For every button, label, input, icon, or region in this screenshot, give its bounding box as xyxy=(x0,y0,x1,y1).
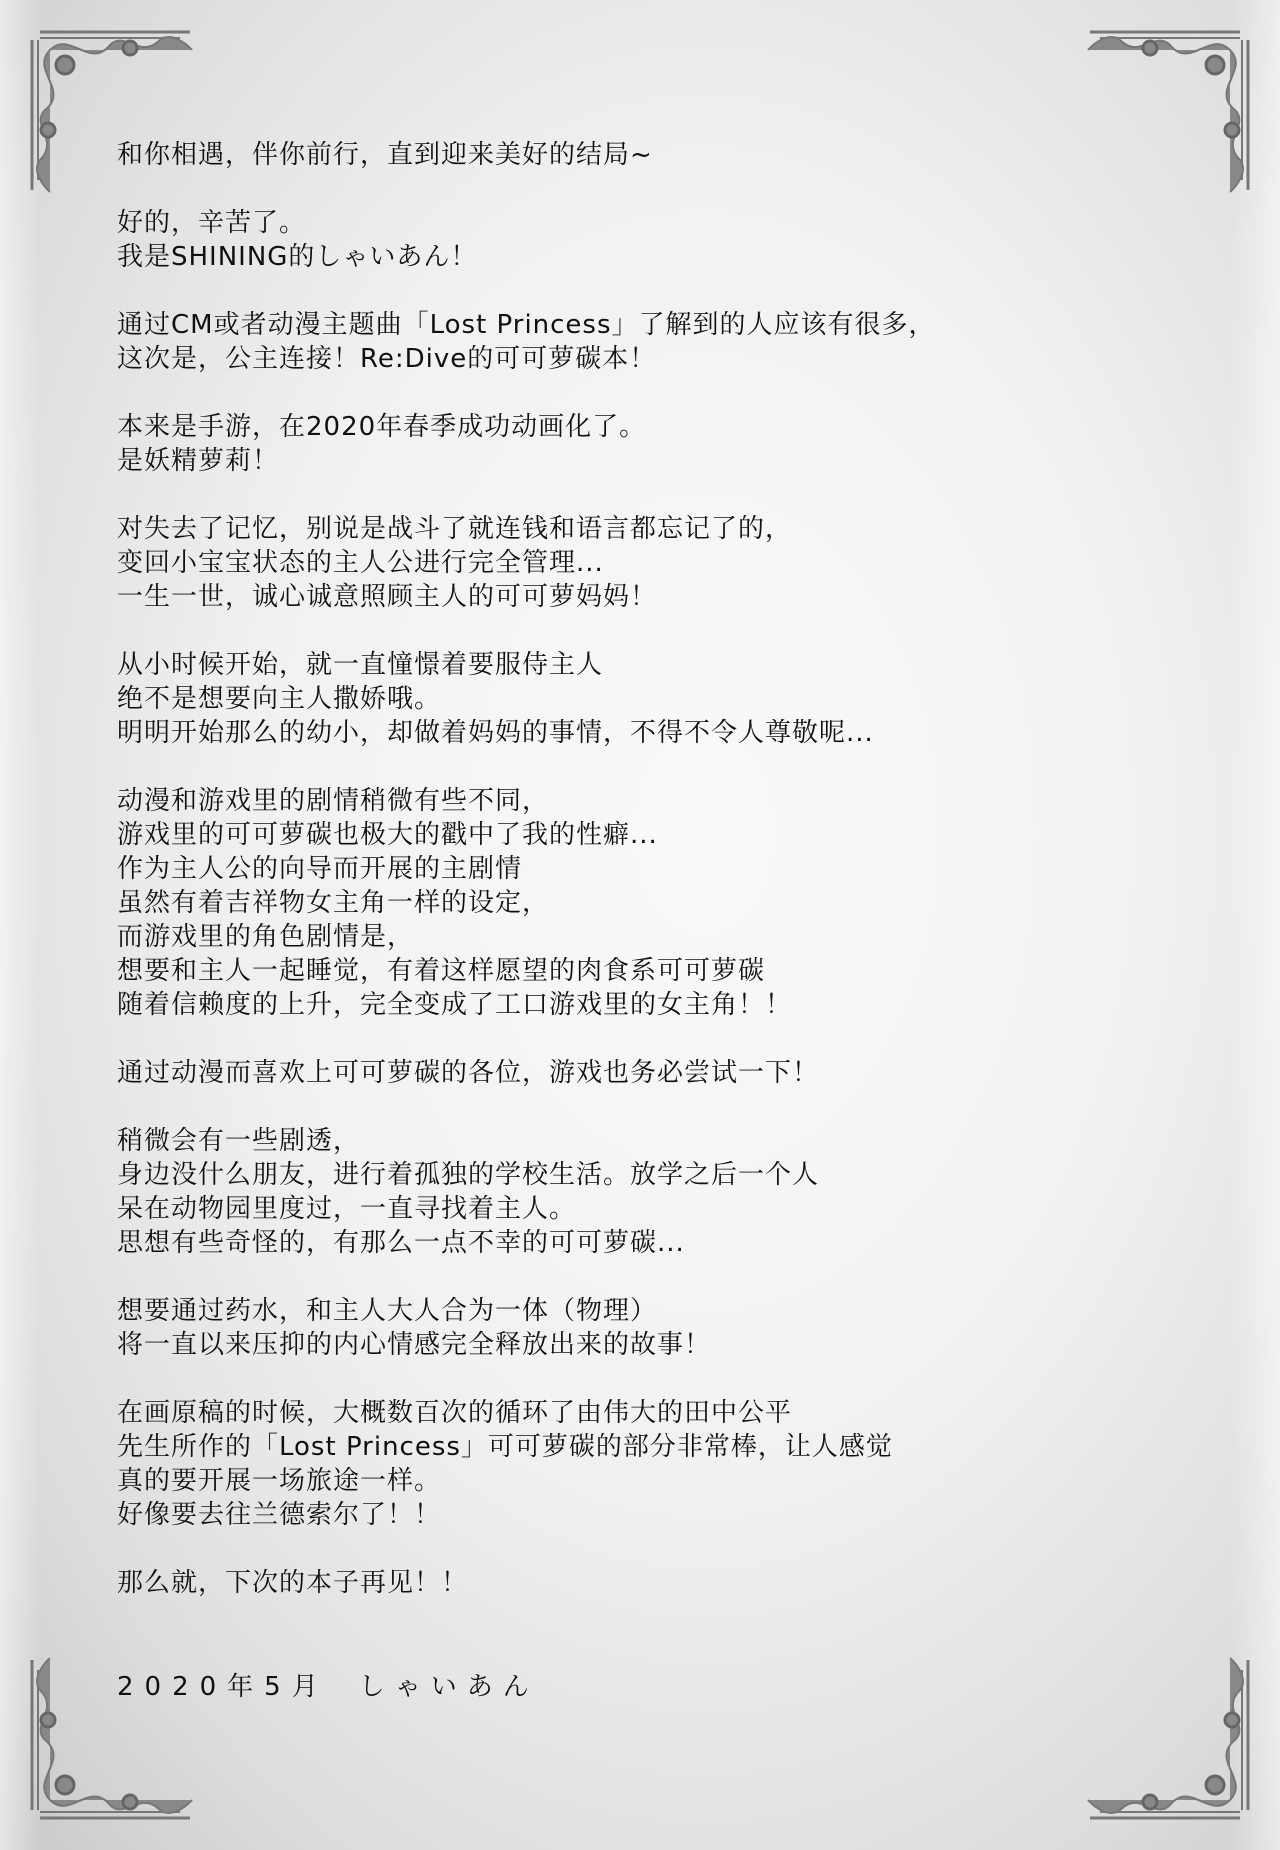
text-line: 随着信赖度的上升，完全变成了工口游戏里的女主角！！ xyxy=(117,988,1117,1022)
text-line: 和你相遇，伴你前行，直到迎来美好的结局~ xyxy=(117,138,1117,172)
corner-ornament-bottom-right-icon xyxy=(1080,1650,1260,1830)
grunge-texture-left xyxy=(0,0,40,1850)
paragraph-greeting: 和你相遇，伴你前行，直到迎来美好的结局~ xyxy=(117,138,1117,172)
text-line: 将一直以来压抑的内心情感完全释放出来的故事！ xyxy=(117,1328,1117,1362)
text-line: 绝不是想要向主人撒娇哦。 xyxy=(117,682,1117,716)
text-line: 在画原稿的时候，大概数百次的循环了由伟大的田中公平 xyxy=(117,1396,1117,1430)
text-line: 呆在动物园里度过，一直寻找着主人。 xyxy=(117,1192,1117,1226)
text-line: 虽然有着吉祥物女主角一样的设定， xyxy=(117,886,1117,920)
paragraph-farewell: 那么就，下次的本子再见！！ xyxy=(117,1566,1117,1600)
text-line: 真的要开展一场旅途一样。 xyxy=(117,1464,1117,1498)
paragraph-music: 在画原稿的时候，大概数百次的循环了由伟大的田中公平 先生所作的「Lost Pri… xyxy=(117,1396,1117,1532)
text-line: 好的，辛苦了。 xyxy=(117,206,1117,240)
text-line: 作为主人公的向导而开展的主剧情 xyxy=(117,852,1117,886)
paragraph-recommendation: 通过动漫而喜欢上可可萝碳的各位，游戏也务必尝试一下！ xyxy=(117,1056,1117,1090)
text-line: 通过CM或者动漫主题曲「Lost Princess」了解到的人应该有很多， xyxy=(117,308,1117,342)
text-line: 身边没什么朋友，进行着孤独的学校生活。放学之后一个人 xyxy=(117,1158,1117,1192)
afterword-body: 和你相遇，伴你前行，直到迎来美好的结局~ 好的，辛苦了。 我是SHINING的し… xyxy=(117,138,1117,1634)
paragraph-story-differences: 动漫和游戏里的剧情稍微有些不同， 游戏里的可可萝碳也极大的戳中了我的性癖... … xyxy=(117,784,1117,1022)
text-line: 而游戏里的角色剧情是， xyxy=(117,920,1117,954)
grunge-texture-right xyxy=(1230,0,1280,1850)
text-line: 想要通过药水，和主人大人合为一体（物理） xyxy=(117,1294,1117,1328)
paragraph-memory: 对失去了记忆，别说是战斗了就连钱和语言都忘记了的， 变回小宝宝状态的主人公进行完… xyxy=(117,512,1117,614)
signature-author: しゃいあん xyxy=(359,1672,539,1702)
text-line: 一生一世，诚心诚意照顾主人的可可萝妈妈！ xyxy=(117,580,1117,614)
text-line: 这次是，公主连接！Re:Dive的可可萝碳本！ xyxy=(117,342,1117,376)
signature-date: 2020年5月 xyxy=(117,1672,329,1702)
paragraph-spoilers: 稍微会有一些剧透， 身边没什么朋友，进行着孤独的学校生活。放学之后一个人 呆在动… xyxy=(117,1124,1117,1260)
text-line: 想要和主人一起睡觉，有着这样愿望的肉食系可可萝碳 xyxy=(117,954,1117,988)
text-line: 对失去了记忆，别说是战斗了就连钱和语言都忘记了的， xyxy=(117,512,1117,546)
text-line: 从小时候开始，就一直憧憬着要服侍主人 xyxy=(117,648,1117,682)
text-line: 是妖精萝莉！ xyxy=(117,444,1117,478)
text-line: 先生所作的「Lost Princess」可可萝碳的部分非常棒，让人感觉 xyxy=(117,1430,1117,1464)
text-line: 变回小宝宝状态的主人公进行完全管理... xyxy=(117,546,1117,580)
paragraph-anime: 本来是手游，在2020年春季成功动画化了。 是妖精萝莉！ xyxy=(117,410,1117,478)
text-line: 本来是手游，在2020年春季成功动画化了。 xyxy=(117,410,1117,444)
text-line: 稍微会有一些剧透， xyxy=(117,1124,1117,1158)
paragraph-synopsis: 想要通过药水，和主人大人合为一体（物理） 将一直以来压抑的内心情感完全释放出来的… xyxy=(117,1294,1117,1362)
paragraph-childhood: 从小时候开始，就一直憧憬着要服侍主人 绝不是想要向主人撒娇哦。 明明开始那么的幼… xyxy=(117,648,1117,750)
text-line: 明明开始那么的幼小，却做着妈妈的事情，不得不令人尊敬呢... xyxy=(117,716,1117,750)
text-line: 游戏里的可可萝碳也极大的戳中了我的性癖... xyxy=(117,818,1117,852)
text-line: 我是SHINING的しゃいあん！ xyxy=(117,240,1117,274)
signature: 2020年5月しゃいあん xyxy=(117,1670,539,1704)
paragraph-theme-song: 通过CM或者动漫主题曲「Lost Princess」了解到的人应该有很多， 这次… xyxy=(117,308,1117,376)
text-line: 动漫和游戏里的剧情稍微有些不同， xyxy=(117,784,1117,818)
text-line: 那么就，下次的本子再见！！ xyxy=(117,1566,1117,1600)
paragraph-intro: 好的，辛苦了。 我是SHINING的しゃいあん！ xyxy=(117,206,1117,274)
text-line: 通过动漫而喜欢上可可萝碳的各位，游戏也务必尝试一下！ xyxy=(117,1056,1117,1090)
text-line: 好像要去往兰德索尔了！！ xyxy=(117,1498,1117,1532)
text-line: 思想有些奇怪的，有那么一点不幸的可可萝碳... xyxy=(117,1226,1117,1260)
